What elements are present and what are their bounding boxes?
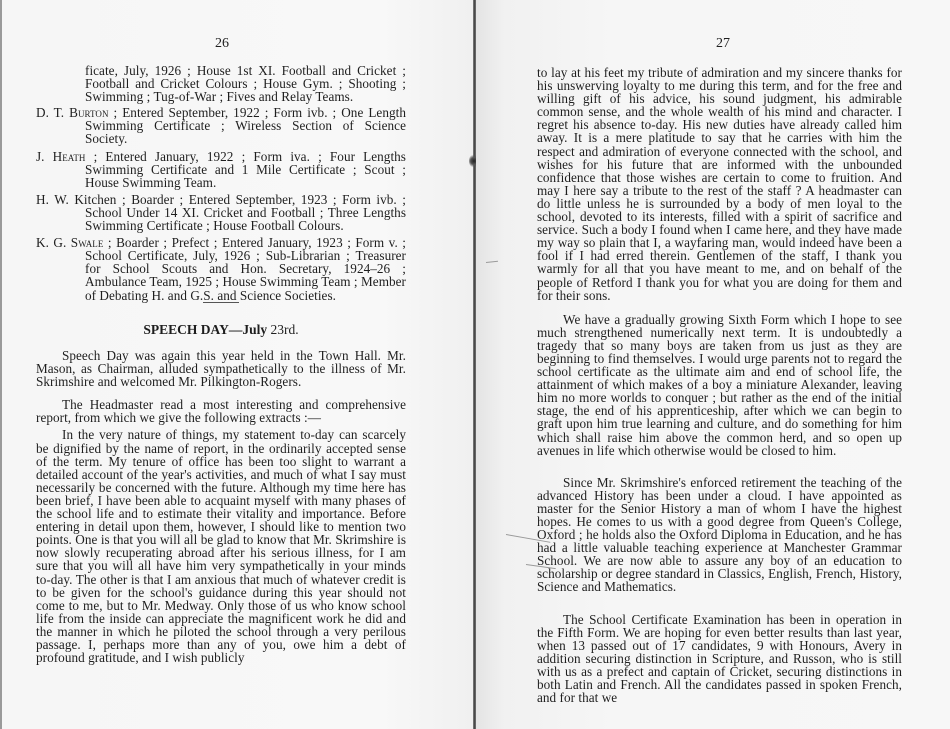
- pencil-mark: [486, 261, 498, 263]
- paragraph: to lay at his feet my tribute of admirat…: [537, 66, 902, 302]
- left-page: 26 ficate, July, 1926 ; House 1st XI. Fo…: [2, 0, 474, 729]
- paragraph: We have a gradually growing Sixth Form w…: [537, 313, 902, 457]
- page-number: 27: [703, 36, 743, 52]
- pupil-details: ; Boarder ; Prefect ; Entered January, 1…: [85, 235, 406, 302]
- pupil-details: ; Boarder ; Entered September, 1923 ; Fo…: [85, 192, 406, 233]
- pupil-entry: J. Heath ; Entered January, 1922 ; Form …: [36, 150, 406, 189]
- pupil-entry: K. G. Swale ; Boarder ; Prefect ; Entere…: [36, 236, 406, 301]
- paragraph: The School Certificate Examination has b…: [537, 613, 902, 705]
- pupil-entry: H. W. Kitchen ; Boarder ; Entered Septem…: [36, 193, 406, 232]
- pupil-entry: D. T. Burton ; Entered September, 1922 ;…: [36, 106, 406, 145]
- page-number: 26: [202, 36, 242, 52]
- book-spread: 26 ficate, July, 1926 ; House 1st XI. Fo…: [0, 0, 950, 729]
- pupil-details: ; Entered September, 1922 ; Form ivb. ; …: [85, 105, 406, 146]
- section-heading: SPEECH DAY—July 23rd.: [36, 322, 406, 338]
- pupil-entries: ficate, July, 1926 ; House 1st XI. Footb…: [36, 64, 406, 302]
- paragraph: The Headmaster read a most interesting a…: [36, 398, 406, 424]
- entry-continuation: ficate, July, 1926 ; House 1st XI. Footb…: [36, 64, 406, 103]
- pupil-name: J. Heath: [36, 149, 85, 164]
- paragraph: In the very nature of things, my stateme…: [36, 428, 406, 664]
- heading-date: 23rd.: [267, 322, 299, 337]
- paragraph: Since Mr. Skrimshire's enforced retireme…: [537, 476, 902, 594]
- right-page: 27 to lay at his feet my tribute of admi…: [476, 0, 950, 729]
- pupil-details: ; Entered January, 1922 ; Form iva. ; Fo…: [85, 149, 406, 190]
- heading-bold: SPEECH DAY—July: [143, 322, 267, 337]
- paragraph: Speech Day was again this year held in t…: [36, 349, 406, 388]
- report-body: to lay at his feet my tribute of admirat…: [537, 66, 902, 704]
- speech-day-body: Speech Day was again this year held in t…: [36, 349, 406, 664]
- section-divider: [203, 302, 239, 303]
